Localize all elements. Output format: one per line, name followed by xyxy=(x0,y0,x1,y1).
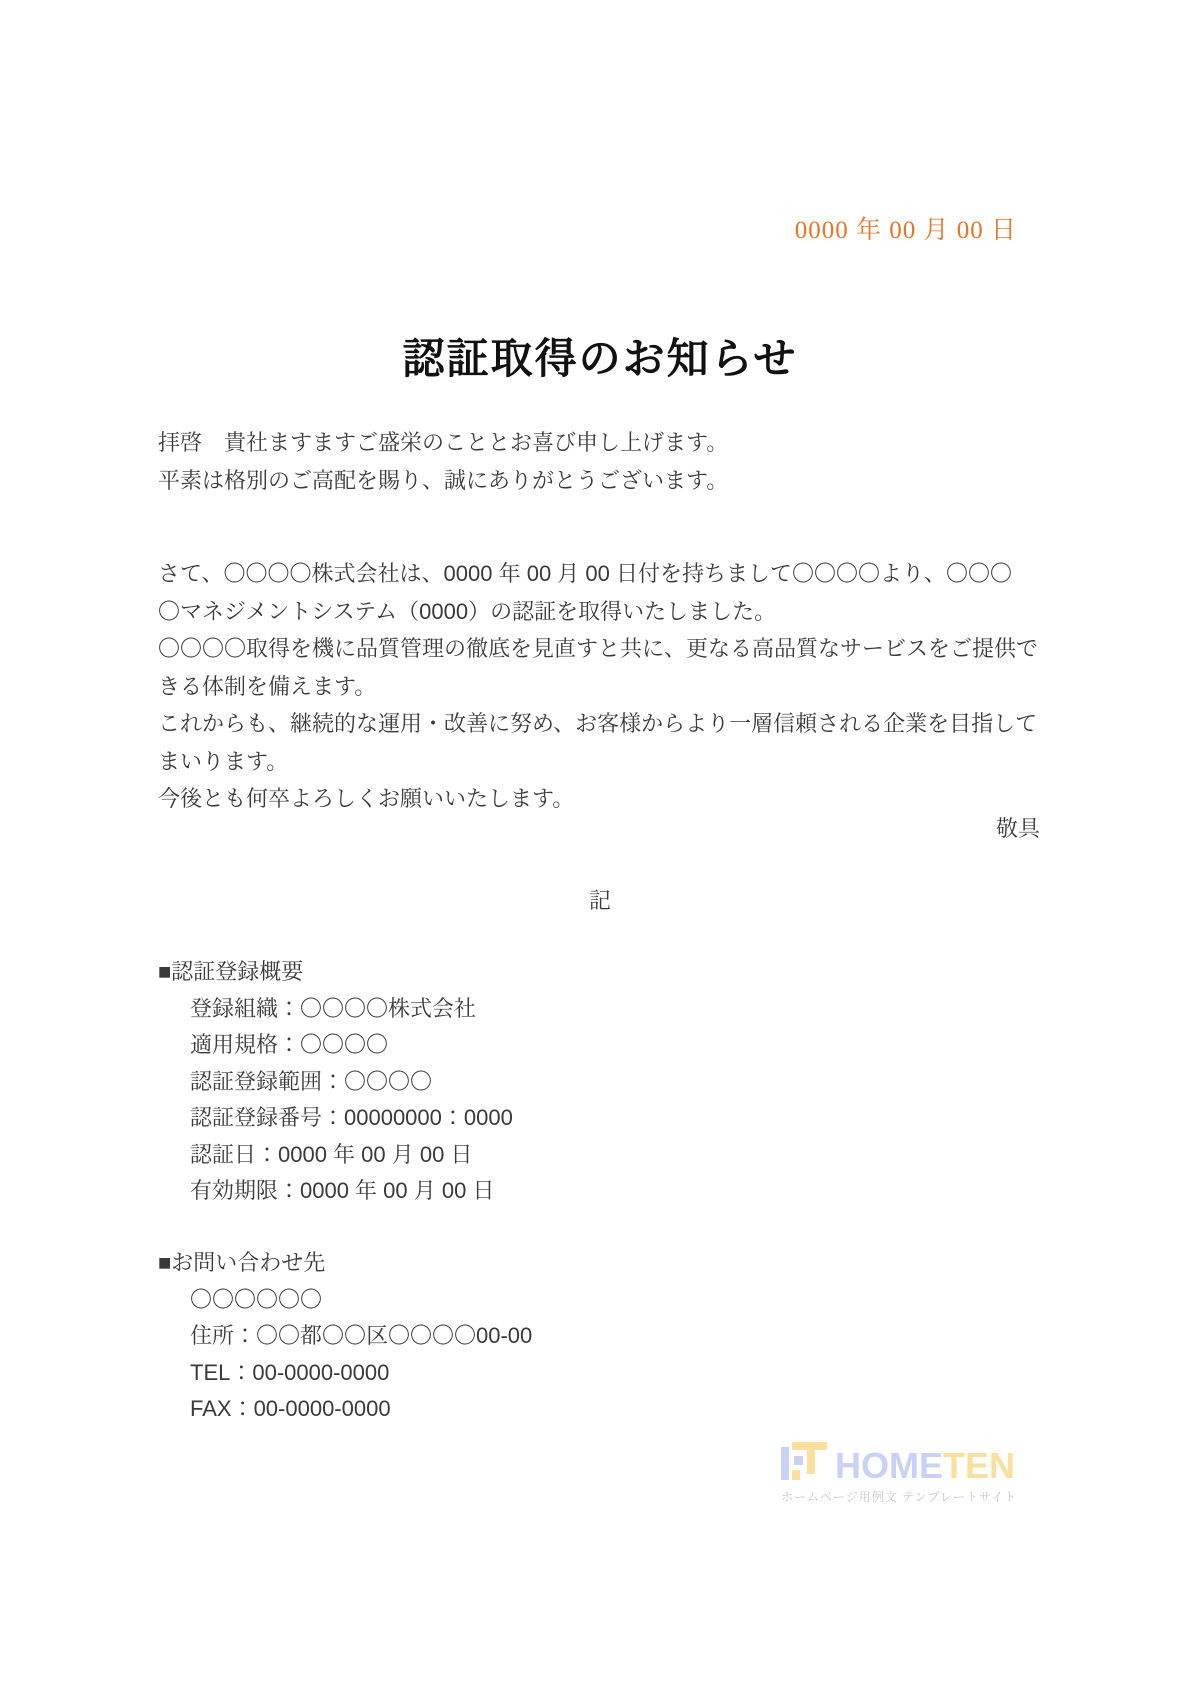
body-line: まいります。 xyxy=(158,743,1048,781)
section-item: 有効期限：0000 年 00 月 00 日 xyxy=(158,1173,1048,1210)
section-heading: ■お問い合わせ先 xyxy=(158,1245,1048,1282)
logo-tagline: ホームページ用例文 テンプレートサイト xyxy=(781,1488,1041,1505)
section-heading: ■認証登録概要 xyxy=(158,954,1048,991)
body-paragraph: さて、〇〇〇〇株式会社は、0000 年 00 月 00 日付を持ちまして〇〇〇〇… xyxy=(158,555,1048,818)
body-line: これからも、継続的な運用・改善に努め、お客様からより一層信頼される企業を目指して xyxy=(158,705,1048,743)
body-line: 〇〇〇〇取得を機に品質管理の徹底を見直すと共に、更なる高品質なサービスをご提供で xyxy=(158,630,1048,668)
section-item: 認証登録範囲：〇〇〇〇 xyxy=(158,1064,1048,1101)
section-item: 住所：〇〇都〇〇区〇〇〇〇00-00 xyxy=(158,1318,1048,1355)
hometen-logo: HOMETEN ホームページ用例文 テンプレートサイト xyxy=(781,1442,1041,1505)
section-item: 登録組織：〇〇〇〇株式会社 xyxy=(158,991,1048,1028)
greeting-line: 平素は格別のご高配を賜り、誠にありがとうございます。 xyxy=(158,462,1048,500)
greeting-paragraph: 拝啓 貴社ますますご盛栄のこととお喜び申し上げます。 平素は格別のご高配を賜り、… xyxy=(158,424,1048,499)
greeting-line: 拝啓 貴社ますますご盛栄のこととお喜び申し上げます。 xyxy=(158,424,1048,462)
document-date: 0000 年 00 月 00 日 xyxy=(158,210,1017,246)
document-page: 0000 年 00 月 00 日 認証取得のお知らせ 拝啓 貴社ますますご盛栄の… xyxy=(0,0,1190,1684)
wordmark-home: HOME xyxy=(835,1445,943,1486)
section-item: TEL：00-0000-0000 xyxy=(158,1355,1048,1392)
body-line: 〇マネジメントシステム（0000）の認証を取得いたしました。 xyxy=(158,593,1048,631)
body-line: さて、〇〇〇〇株式会社は、0000 年 00 月 00 日付を持ちまして〇〇〇〇… xyxy=(158,555,1048,593)
section-item: 適用規格：〇〇〇〇 xyxy=(158,1027,1048,1064)
section-item: 認証登録番号：00000000：0000 xyxy=(158,1100,1048,1137)
closing-keigu: 敬具 xyxy=(158,812,1040,843)
hometen-logo-icon xyxy=(781,1442,827,1485)
section-item: 認証日：0000 年 00 月 00 日 xyxy=(158,1137,1048,1174)
certification-summary-section: ■認証登録概要 登録組織：〇〇〇〇株式会社 適用規格：〇〇〇〇 認証登録範囲：〇… xyxy=(158,954,1048,1210)
hometen-wordmark: HOMETEN xyxy=(835,1447,1015,1485)
ki-marker: 記 xyxy=(158,884,1042,915)
document-title: 認証取得のお知らせ xyxy=(158,326,1042,386)
body-line: きる体制を備えます。 xyxy=(158,668,1048,706)
contact-section: ■お問い合わせ先 〇〇〇〇〇〇 住所：〇〇都〇〇区〇〇〇〇00-00 TEL：0… xyxy=(158,1245,1048,1428)
section-item: FAX：00-0000-0000 xyxy=(158,1391,1048,1428)
wordmark-ten: TEN xyxy=(943,1445,1015,1486)
section-item: 〇〇〇〇〇〇 xyxy=(158,1282,1048,1319)
